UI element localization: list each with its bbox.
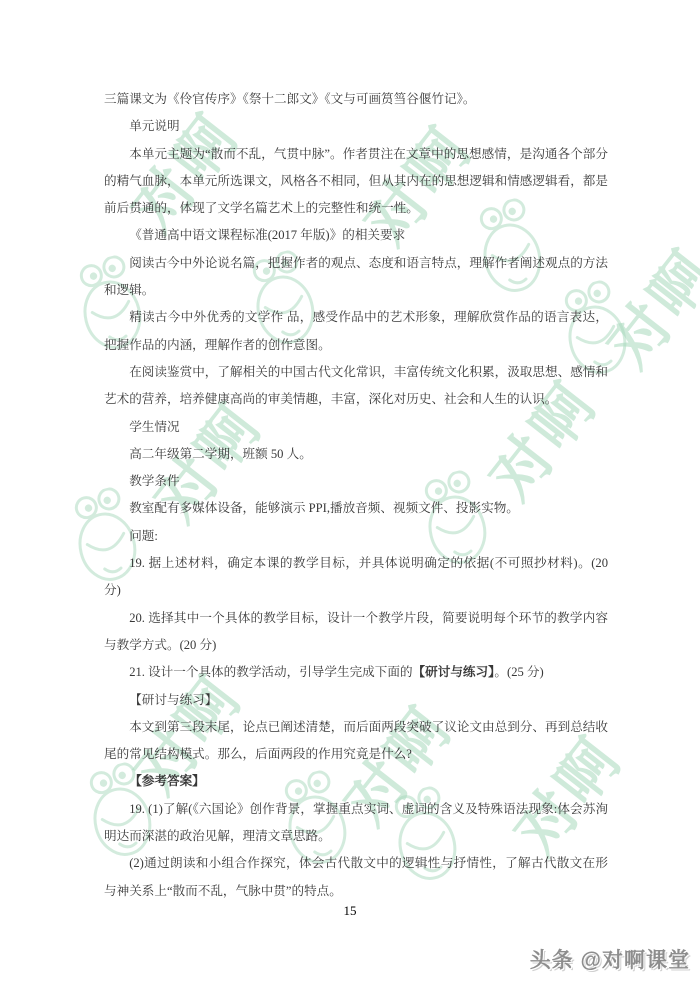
text-segment: 《普通高中语文课程标准(2017 年版)》的相关要求 bbox=[129, 228, 405, 242]
paragraph: 教室配有多媒体设备，能够演示 PPI,播放音频、视频文件、投影实物。 bbox=[104, 495, 608, 522]
paragraph: 19. (1)了解(《六国论》创作背景，掌握重点实词、虚词的含义及特殊语法现象:… bbox=[104, 796, 608, 851]
text-segment: 学生情况 bbox=[129, 420, 179, 434]
text-segment: 20. 选择其中一个具体的教学目标，设计一个教学片段，简要说明每个环节的教学内容… bbox=[104, 611, 608, 652]
text-segment: 本单元主题为“散而不乱，气贯中脉”。作者贯注在文章中的思想感情，是沟通各个部分的… bbox=[104, 147, 608, 216]
text-segment: 21. 设计一个具体的教学活动，引导学生完成下面的 bbox=[129, 665, 412, 679]
text-segment: 精读古今中外优秀的文学作 品，感受作品中的艺术形象，理解欣赏作品的语言表达，把握… bbox=[104, 310, 608, 351]
bold-text-segment: 【参考答案】 bbox=[129, 774, 205, 788]
paragraph: 20. 选择其中一个具体的教学目标，设计一个教学片段，简要说明每个环节的教学内容… bbox=[104, 605, 608, 660]
page-number: 15 bbox=[0, 903, 700, 919]
text-segment: 教学条件 bbox=[129, 474, 179, 488]
paragraph: 问题: bbox=[104, 523, 608, 550]
paragraph: 21. 设计一个具体的教学活动，引导学生完成下面的【研讨与练习】。(25 分) bbox=[104, 659, 608, 686]
paragraph: 本单元主题为“散而不乱，气贯中脉”。作者贯注在文章中的思想感情，是沟通各个部分的… bbox=[104, 141, 608, 223]
paragraph: 学生情况 bbox=[104, 414, 608, 441]
text-segment: 高二年级第二学期，班额 50 人。 bbox=[129, 447, 312, 461]
paragraph: (2)通过朗读和小组合作探究，体会古代散文中的逻辑性与抒情性，了解古代散文在形与… bbox=[104, 850, 608, 905]
text-segment: 【研讨与练习】 bbox=[129, 693, 217, 707]
text-segment: (2)通过朗读和小组合作探究，体会古代散文中的逻辑性与抒情性，了解古代散文在形与… bbox=[104, 856, 608, 897]
text-segment: 阅读古今中外论说名篇，把握作者的观点、态度和语言特点，理解作者阐述观点的方法和逻… bbox=[104, 256, 608, 297]
text-segment: 在阅读鉴赏中，了解相关的中国古代文化常识，丰富传统文化积累，汲取思想、感情和艺术… bbox=[104, 365, 608, 406]
paragraph: 19. 据上述材料，确定本课的教学目标，并具体说明确定的依据(不可照抄材料)。(… bbox=[104, 550, 608, 605]
text-segment: 本文到第三段末尾，论点已阐述清楚，而后面两段突破了议论文由总到分、再到总结收尾的… bbox=[104, 720, 608, 761]
paragraph: 单元说明 bbox=[104, 113, 608, 140]
text-segment: 。(25 分) bbox=[494, 665, 543, 679]
paragraph: 高二年级第二学期，班额 50 人。 bbox=[104, 441, 608, 468]
text-segment: 19. 据上述材料，确定本课的教学目标，并具体说明确定的依据(不可照抄材料)。(… bbox=[104, 556, 608, 597]
paragraph: 【研讨与练习】 bbox=[104, 687, 608, 714]
text-segment: 19. (1)了解(《六国论》创作背景，掌握重点实词、虚词的含义及特殊语法现象:… bbox=[104, 802, 608, 843]
paragraph: 教学条件 bbox=[104, 468, 608, 495]
text-segment: 教室配有多媒体设备，能够演示 PPI,播放音频、视频文件、投影实物。 bbox=[129, 501, 519, 515]
text-segment: 单元说明 bbox=[129, 119, 179, 133]
document-page: 对啊对啊对啊对啊对啊对啊对啊对啊 bbox=[0, 0, 700, 989]
paragraph: 本文到第三段末尾，论点已阐述清楚，而后面两段突破了议论文由总到分、再到总结收尾的… bbox=[104, 714, 608, 769]
bold-text-segment: 【研讨与练习】 bbox=[413, 665, 495, 679]
document-body: 三篇课文为《伶官传序》《祭十二郎文》《文与可画筼筜谷偃竹记》。单元说明本单元主题… bbox=[104, 86, 608, 905]
paragraph: 三篇课文为《伶官传序》《祭十二郎文》《文与可画筼筜谷偃竹记》。 bbox=[104, 86, 608, 113]
text-segment: 问题: bbox=[129, 529, 158, 543]
paragraph: 精读古今中外优秀的文学作 品，感受作品中的艺术形象，理解欣赏作品的语言表达，把握… bbox=[104, 304, 608, 359]
text-segment: 三篇课文为《伶官传序》《祭十二郎文》《文与可画筼筜谷偃竹记》。 bbox=[104, 92, 476, 106]
paragraph: 【参考答案】 bbox=[104, 768, 608, 795]
paragraph: 在阅读鉴赏中，了解相关的中国古代文化常识，丰富传统文化积累，汲取思想、感情和艺术… bbox=[104, 359, 608, 414]
credit-watermark: 头条 @对啊课堂 bbox=[530, 944, 690, 974]
paragraph: 《普通高中语文课程标准(2017 年版)》的相关要求 bbox=[104, 222, 608, 249]
paragraph: 阅读古今中外论说名篇，把握作者的观点、态度和语言特点，理解作者阐述观点的方法和逻… bbox=[104, 250, 608, 305]
